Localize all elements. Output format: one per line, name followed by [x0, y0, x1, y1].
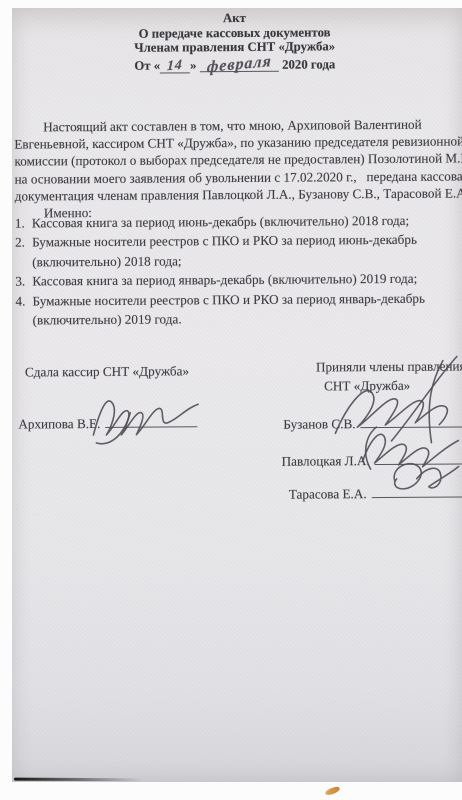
date-prefix: От «: [134, 58, 160, 72]
list-item-text: Бумажные носители реестров с ПКО и РКО з…: [32, 288, 425, 330]
document-date-line: От «14» февраля 2020 года: [10, 54, 460, 75]
document-content: Акт О передаче кассовых документов Члена…: [0, 0, 462, 800]
list-item-line: (включительно) 2018 года;: [32, 250, 417, 272]
handwritten-day-text: 14: [167, 59, 183, 73]
date-year: 2020 года: [282, 57, 335, 71]
date-close-quote: »: [190, 58, 197, 72]
list-item-line: (включительно) 2019 года.: [33, 308, 426, 330]
list-item-line: Бумажные носители реестров с ПКО и РКО з…: [32, 288, 425, 310]
list-item-2: 2. Бумажные носители реестров с ПКО и РК…: [15, 230, 425, 272]
handwritten-signature-arkhipova: [86, 382, 204, 447]
list-item-line: Кассовая книга за период июнь-декабрь (в…: [32, 213, 409, 231]
handwritten-month-field: февраля: [200, 58, 279, 72]
list-item-text: Бумажные носители реестров с ПКО и РКО з…: [32, 230, 417, 271]
transferred-items-list: 1. Кассовая книга за период июнь-декабрь…: [15, 211, 425, 330]
list-item-text: Кассовая книга за период июнь-декабрь (в…: [32, 211, 409, 233]
handwritten-month-text: февраля: [207, 55, 272, 73]
list-item-number: 3.: [15, 272, 32, 292]
handwritten-signature-tarasova: [359, 456, 462, 503]
list-item-text: Кассовая книга за период январь-декабрь …: [32, 269, 417, 291]
list-item-number: 1.: [15, 213, 32, 233]
list-item-number: 2.: [15, 233, 32, 253]
list-item-line: Бумажные носители реестров с ПКО и РКО з…: [32, 230, 417, 252]
scanned-document-page: Акт О передаче кассовых документов Члена…: [0, 0, 462, 800]
handwritten-day-field: 14: [160, 59, 190, 73]
list-item-line: Кассовая книга за период январь-декабрь …: [32, 271, 417, 289]
body-paragraph: Настоящий акт составлен в том, что мною,…: [14, 115, 462, 221]
handed-over-heading: Сдала кассир СНТ «Дружба»: [25, 363, 189, 380]
list-item-4: 4. Бумажные носители реестров с ПКО и РК…: [15, 288, 425, 330]
paragraph-line: документация членам правления Павлоцкой …: [15, 184, 462, 204]
document-header: Акт О передаче кассовых документов Члена…: [9, 9, 459, 75]
list-item-number: 4.: [15, 291, 32, 311]
signer-name: Тарасова Е.А.: [289, 486, 367, 502]
